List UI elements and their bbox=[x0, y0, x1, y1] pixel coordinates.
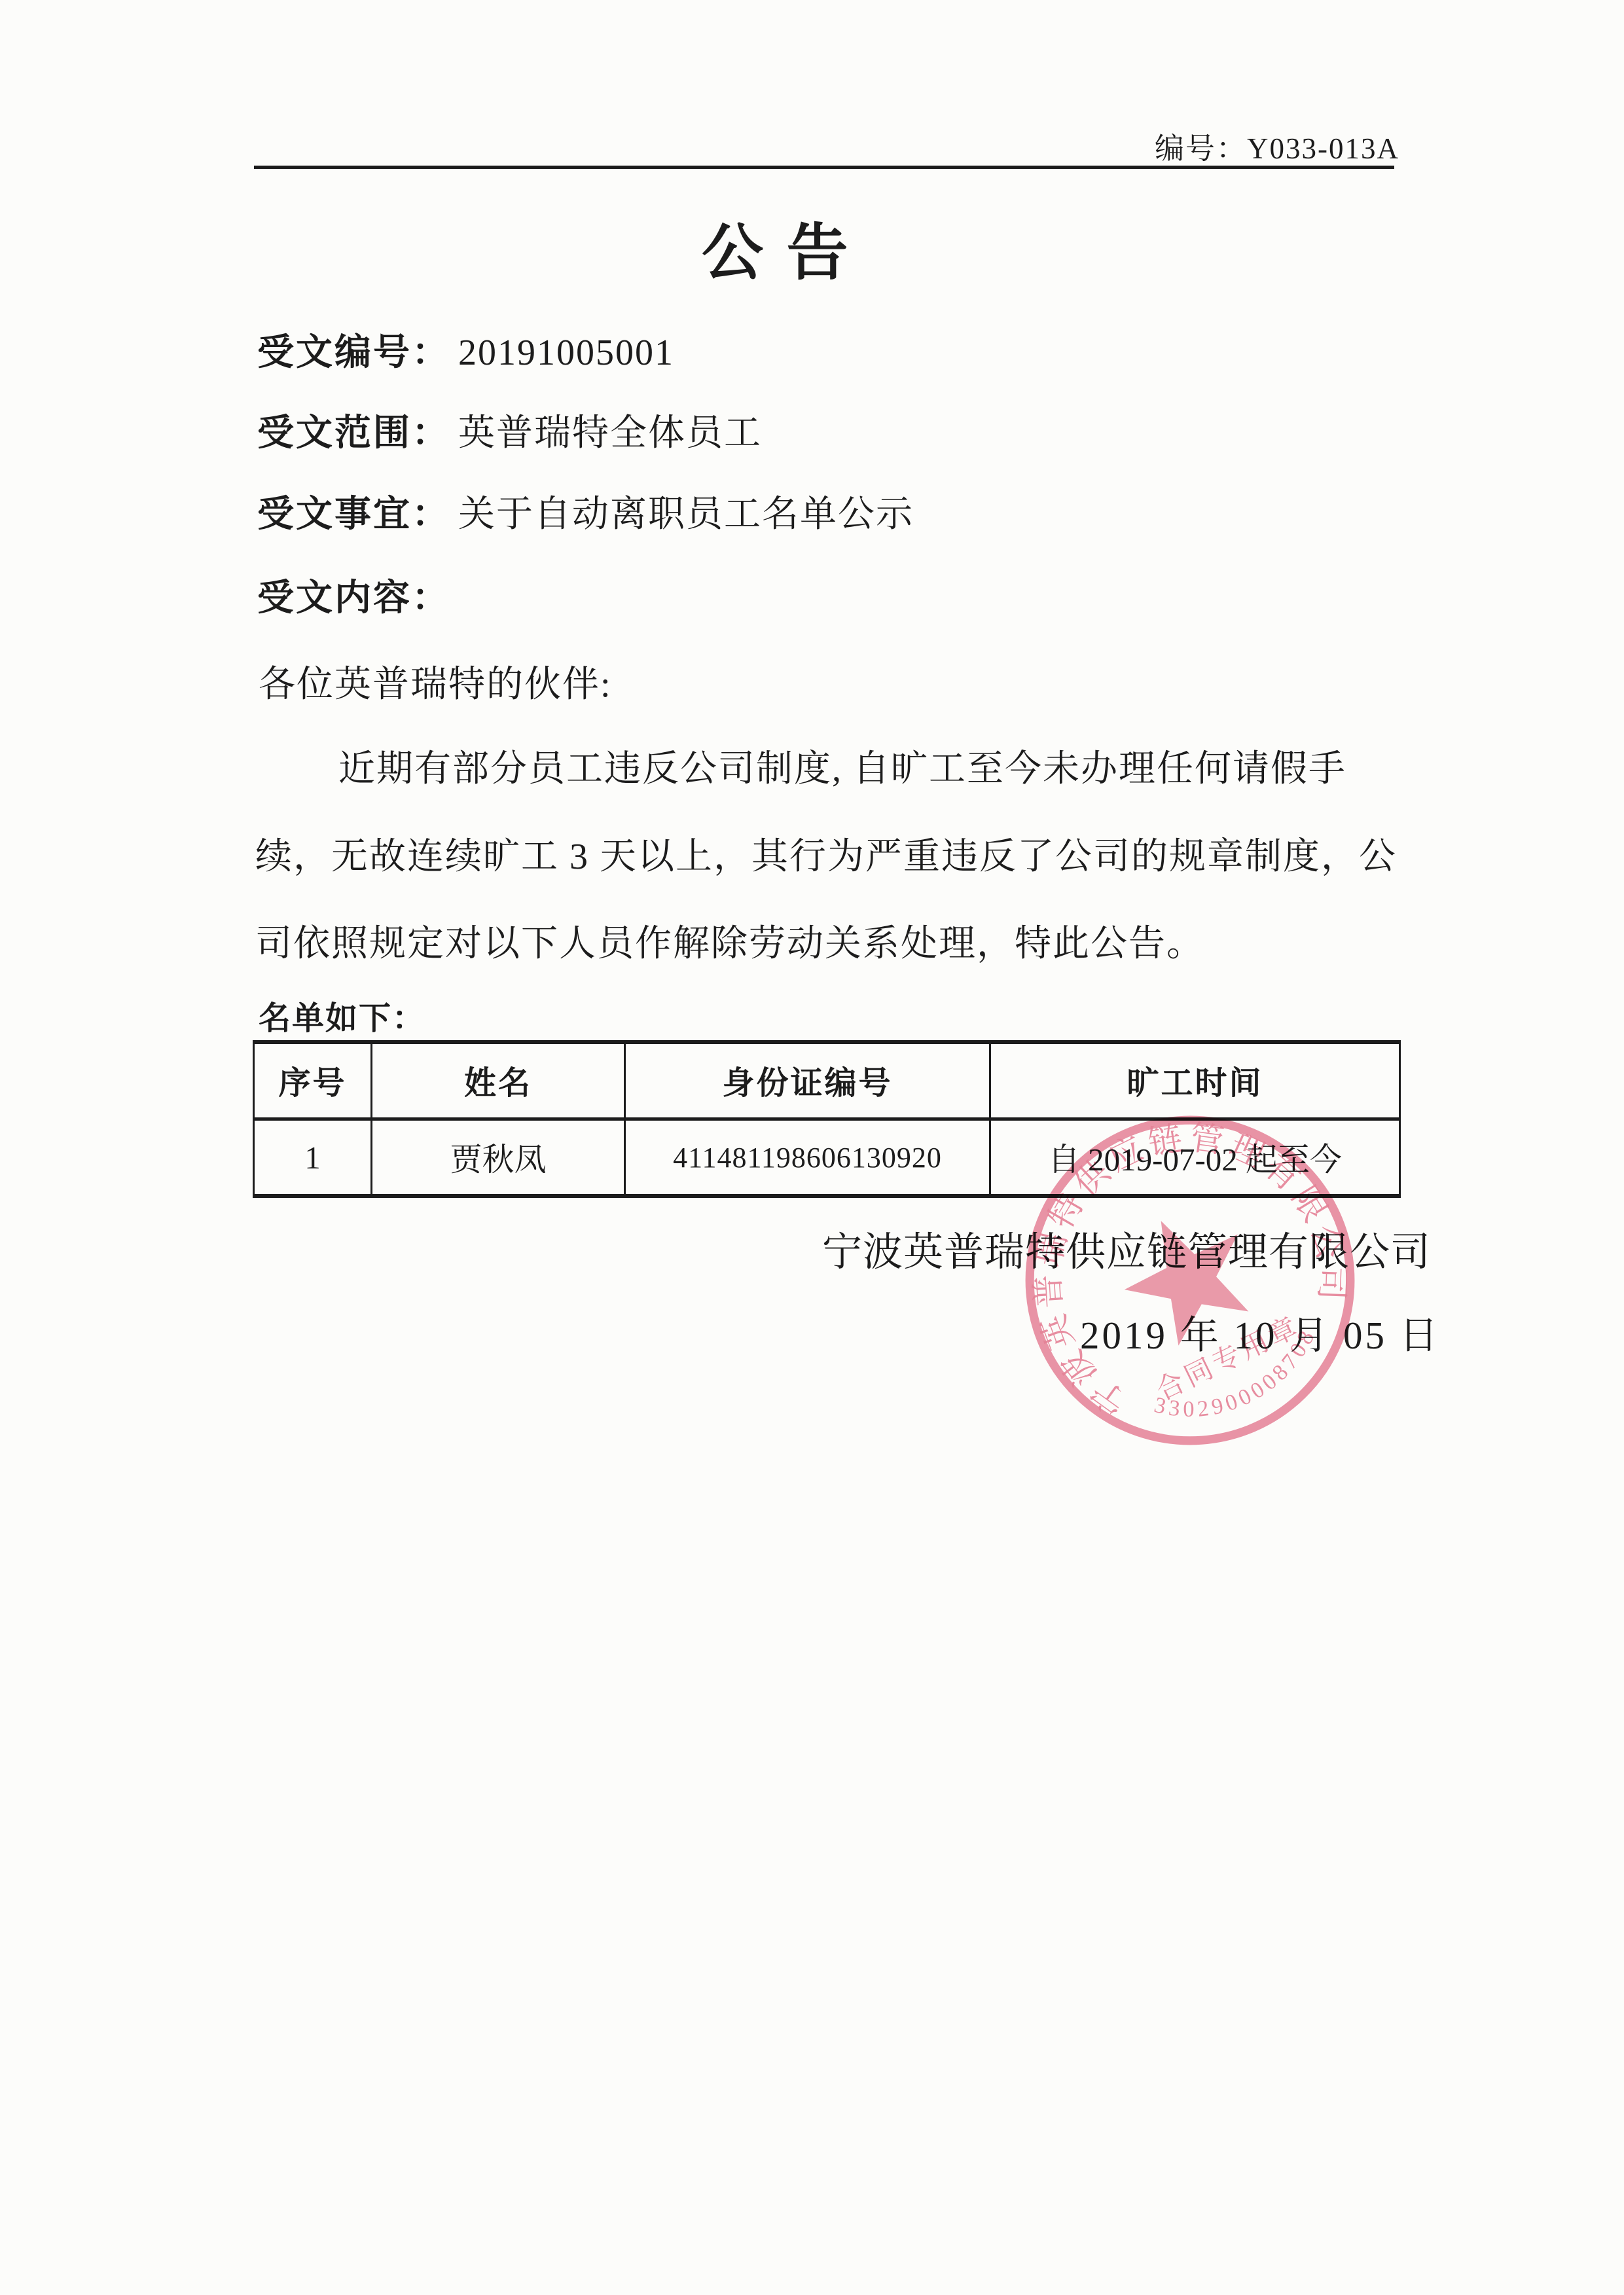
paragraph-line: 司依照规定对以下人员作解除劳动关系处理，特此公告。 bbox=[255, 914, 1204, 967]
cell-index: 1 bbox=[254, 1119, 372, 1197]
cell-name: 贾秋凤 bbox=[372, 1119, 625, 1197]
meta-label: 受文范围： bbox=[257, 413, 450, 454]
meta-label: 受文内容： bbox=[257, 578, 450, 619]
meta-value: 英普瑞特全体员工 bbox=[458, 413, 762, 454]
document-page: 编号：Y033-013A 公 告 受文编号：20191005001 受文范围：英… bbox=[0, 0, 1624, 2295]
salutation: 各位英普瑞特的伙伴: bbox=[259, 655, 612, 708]
meta-line-subject: 受文事宜：关于自动离职员工名单公示 bbox=[257, 485, 914, 537]
list-intro: 名单如下： bbox=[259, 993, 425, 1039]
meta-label: 受文编号： bbox=[257, 333, 450, 373]
header-cell-id: 身份证编号 bbox=[625, 1042, 990, 1119]
cell-id-number: 411481198606130920 bbox=[625, 1119, 990, 1197]
meta-label: 受文事宜： bbox=[257, 494, 450, 535]
meta-line-scope: 受文范围：英普瑞特全体员工 bbox=[257, 404, 762, 456]
header-rule bbox=[254, 166, 1394, 169]
header-cell-index: 序号 bbox=[254, 1042, 372, 1119]
meta-line-doc-id: 受文编号：20191005001 bbox=[257, 323, 674, 376]
page-title: 公 告 bbox=[702, 203, 852, 291]
meta-value: 20191005001 bbox=[458, 333, 674, 373]
paragraph-line: 近期有部分员工违反公司制度, 自旷工至今未办理任何请假手 bbox=[338, 740, 1346, 792]
seal-star-icon bbox=[1104, 1193, 1270, 1356]
paragraph-line: 续，无故连续旷工 3 天以上，其行为严重违反了公司的规章制度，公 bbox=[255, 827, 1397, 880]
header-cell-name: 姓名 bbox=[372, 1042, 625, 1119]
meta-line-content: 受文内容： bbox=[257, 569, 458, 621]
meta-value: 关于自动离职员工名单公示 bbox=[458, 494, 914, 535]
doc-number: 编号：Y033-013A bbox=[1021, 124, 1399, 167]
